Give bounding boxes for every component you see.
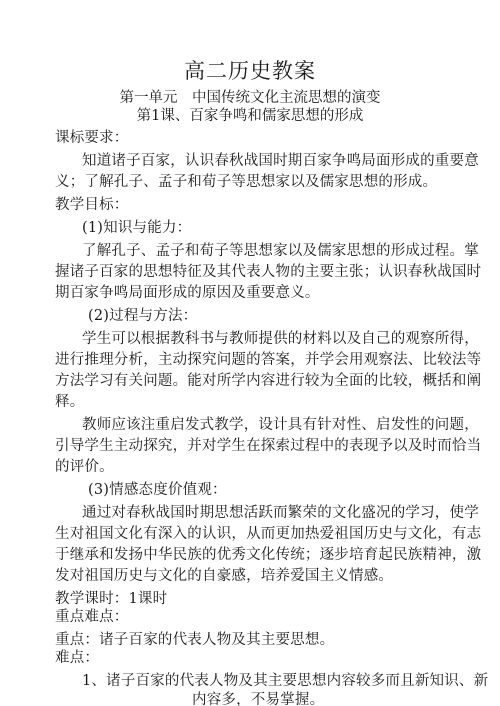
key-point: 重点：诸子百家的代表人物及其主要思想。 bbox=[55, 630, 334, 650]
goal2-heading: (2)过程与方法： bbox=[88, 306, 197, 326]
goal1-heading: (1)知识与能力： bbox=[82, 218, 191, 238]
goals-heading: 教学目标： bbox=[55, 195, 129, 215]
lesson-heading: 第1课、百家争鸣和儒家思想的形成 bbox=[0, 106, 500, 126]
key-difficulty-heading: 重点难点： bbox=[55, 607, 129, 627]
paragraph-line: 学生可以根据教科书与教师提供的材料以及自己的观察所得， bbox=[82, 329, 445, 349]
paragraph-line: 教师应该注重启发式教学，设计具有针对性、启发性的问题， bbox=[82, 415, 445, 435]
paragraph-line: 了解孔子、孟子和荀子等思想家以及儒家思想的形成过程。掌 bbox=[82, 241, 445, 261]
paragraph-line: 发对祖国历史与文化的自豪感，培养爱国主义情感。 bbox=[55, 566, 393, 586]
paragraph-line: 方法学习有关问题。能对所学内容进行较为全面的比较，概括和阐 bbox=[55, 371, 445, 391]
unit-heading: 第一单元 中国传统文化主流思想的演变 bbox=[0, 88, 500, 108]
paragraph-line: 义；了解孔子、孟子和荀子等思想家以及儒家思想的形成。 bbox=[55, 172, 437, 192]
paragraph-line: 的评价。 bbox=[55, 457, 114, 477]
document-title: 高二历史教案 bbox=[0, 57, 500, 85]
paragraph-line: 引导学生主动探究，并对学生在探索过程中的表现予以及时而恰当 bbox=[55, 436, 445, 456]
goal3-heading: (3)情感态度价值观： bbox=[88, 480, 227, 500]
paragraph-line: 通过对春秋战国时期思想活跃而繁荣的文化盛况的学习，使学 bbox=[82, 503, 445, 523]
paragraph-line: 进行推理分析，主动探究问题的答案，并学会用观察法、比较法等 bbox=[55, 350, 445, 370]
difficulty-heading: 难点： bbox=[55, 648, 99, 668]
paragraph-line: 释。 bbox=[55, 392, 84, 412]
paragraph-line: 生对祖国文化有深入的认识，从而更加热爱祖国历史与文化，有志 bbox=[55, 524, 445, 544]
difficulty-item-1-cont: 内容多，不易掌握。 bbox=[192, 690, 324, 706]
paragraph-line: 期百家争鸣局面形成的原因及重要意义。 bbox=[55, 283, 320, 303]
difficulty-item-1: 1、诸子百家的代表人物及其主要思想内容较多而且新知识、新 bbox=[82, 671, 445, 691]
standard-heading: 课标要求： bbox=[55, 128, 129, 148]
class-hours: 教学课时：1课时 bbox=[55, 589, 167, 609]
paragraph-line: 握诸子百家的思想特征及其代表人物的主要主张；认识春秋战国时 bbox=[55, 262, 445, 282]
paragraph-line: 于继承和发扬中华民族的优秀文化传统；逐步培育起民族精神，激 bbox=[55, 545, 445, 565]
paragraph-line: 知道诸子百家，认识春秋战国时期百家争鸣局面形成的重要意 bbox=[82, 151, 445, 171]
